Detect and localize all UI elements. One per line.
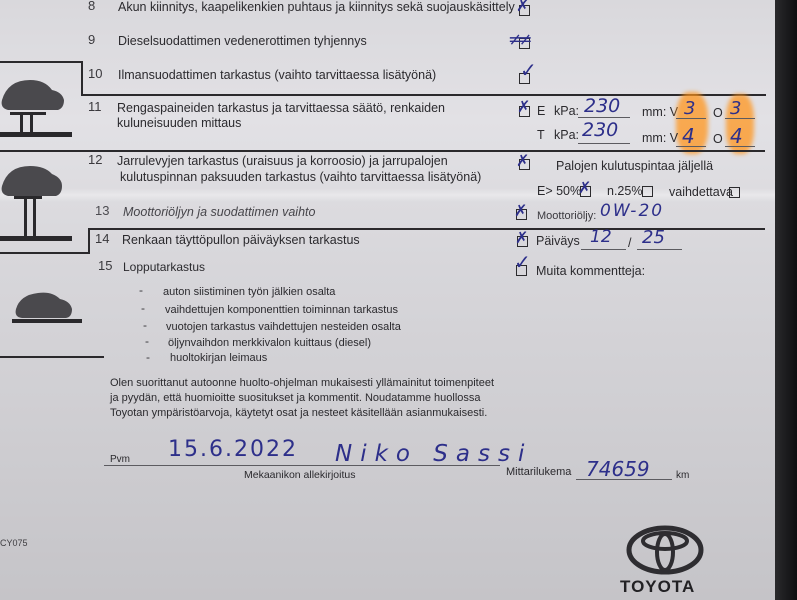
section-border — [0, 252, 90, 254]
date-check-month[interactable]: 12 — [590, 227, 612, 247]
tyre-front-axle: E — [537, 104, 545, 118]
section-border — [0, 61, 82, 63]
toyota-wordmark: TOYOTA — [620, 577, 695, 597]
item-12-check-mark: ✗ — [516, 151, 529, 170]
service-form-paper: 8 Akun kiinnitys, kaapelikenkien puhtaus… — [0, 0, 775, 600]
item-8-label: Akun kiinnitys, kaapelikenkien puhtaus j… — [118, 0, 515, 14]
tyre-rear-left-mm[interactable]: 4 — [682, 124, 695, 148]
brakes-option-2-checkbox[interactable] — [642, 186, 653, 197]
tyre-front-kpa-label: kPa: — [554, 104, 579, 118]
oil-value[interactable]: 0W-20 — [600, 201, 664, 221]
tyre-rear-right-label: O — [713, 132, 723, 146]
item-12-number: 12 — [88, 152, 102, 167]
background-edge — [775, 0, 797, 600]
final-check-item: huoltokirjan leimaus — [170, 352, 267, 364]
final-check-item: vuotojen tarkastus vaihdettujen nesteide… — [166, 321, 401, 333]
item-10-label: Ilmansuodattimen tarkastus (vaihto tarvi… — [118, 68, 436, 82]
odometer-label: Mittarilukema — [506, 466, 571, 478]
item-11-number: 11 — [88, 99, 102, 114]
list-bullet: - — [146, 350, 150, 364]
brakes-option-1-label: E> 50% — [537, 184, 581, 198]
tyre-front-right-label: O — [713, 106, 723, 120]
item-8-number: 8 — [88, 0, 95, 13]
item-10-check-mark: ✓ — [520, 58, 537, 82]
item-9-crossout-mark: ≠≠ — [508, 30, 529, 50]
car-icon — [10, 285, 90, 330]
list-bullet: - — [139, 283, 143, 297]
car-on-lift-icon — [0, 160, 75, 245]
list-bullet: - — [143, 318, 147, 332]
section-border — [81, 61, 83, 95]
item-10-number: 10 — [88, 66, 102, 81]
item-11-label-line2: kuluneisuuden mittaus — [117, 116, 241, 130]
oil-label: Moottoriöljy: — [537, 210, 596, 222]
item-11-check-mark: ✗ — [517, 97, 530, 116]
brakes-option-3-label: vaihdettava — [669, 185, 733, 199]
date-check-month-line — [581, 249, 626, 250]
tyre-rear-mm-label: mm: V — [642, 131, 678, 145]
final-check-item: auton siistiminen työn jälkien osalta — [163, 286, 335, 298]
signature-label: Mekaanikon allekirjoitus — [244, 469, 355, 481]
item-15-label: Lopputarkastus — [123, 260, 205, 274]
item-14-number: 14 — [95, 231, 109, 246]
car-on-lift-icon — [0, 72, 75, 142]
odometer-unit: km — [676, 470, 689, 481]
statement-line-1: Olen suorittanut autoonne huolto-ohjelma… — [110, 377, 494, 389]
list-bullet: - — [145, 334, 149, 348]
toyota-logo-icon — [625, 525, 705, 575]
brakes-option-1-check-mark: ✗ — [578, 178, 591, 197]
section-border — [0, 356, 104, 358]
statement-line-2: ja pyydän, että huomioitte suositukset j… — [110, 392, 481, 404]
brakes-title: Palojen kulutuspintaa jäljellä — [556, 159, 713, 173]
final-check-item: öljynvaihdon merkkivalon kuittaus (diese… — [168, 337, 371, 349]
tyre-front-right-mm[interactable]: 3 — [730, 98, 741, 119]
list-bullet: - — [141, 301, 145, 315]
section-border — [0, 150, 765, 152]
item-12-label-line2: kulutuspinnan paksuuden tarkastus (vaiht… — [120, 170, 481, 184]
tyre-rear-right-mm[interactable]: 4 — [730, 124, 743, 148]
item-13-number: 13 — [95, 203, 109, 218]
tyre-front-kpa-value[interactable]: 230 — [584, 95, 620, 117]
tyre-rear-kpa-label: kPa: — [554, 128, 579, 142]
comments-check-mark: ✓ — [514, 250, 531, 274]
date-check-separator: / — [628, 236, 631, 250]
tyre-rear-kpa-value[interactable]: 230 — [582, 119, 618, 141]
item-11-label-line1: Rengaspaineiden tarkastus ja tarvittaess… — [117, 101, 445, 115]
service-date[interactable]: 15.6.2022 — [168, 437, 298, 462]
item-8-check-mark: ✗ — [516, 0, 529, 15]
brakes-option-3-checkbox[interactable] — [729, 187, 740, 198]
section-border — [81, 94, 766, 96]
date-check-label: Päiväys — [536, 234, 580, 248]
tyre-front-kpa-line — [578, 117, 630, 118]
mechanic-signature[interactable]: Niko Sassi — [335, 441, 532, 467]
odometer-value[interactable]: 74659 — [586, 457, 650, 481]
item-9-label: Dieselsuodattimen vedenerottimen tyhjenn… — [118, 34, 367, 48]
item-13-label: Moottoriöljyn ja suodattimen vaihto — [123, 205, 315, 219]
brakes-option-2-label: n.25% — [607, 184, 642, 198]
tyre-rear-axle: T — [537, 128, 545, 142]
date-label: Pvm — [110, 454, 130, 465]
date-check-year[interactable]: 25 — [642, 227, 665, 248]
item-9-number: 9 — [88, 32, 95, 47]
final-check-item: vaihdettujen komponenttien toiminnan tar… — [165, 304, 398, 316]
statement-line-3: Toyotan ympäristöarvoja, käytetyt osat j… — [110, 407, 487, 419]
date-check-year-line — [637, 249, 682, 250]
comments-label: Muita kommentteja: — [536, 264, 645, 278]
paper-fold — [0, 188, 775, 202]
item-12-label-line1: Jarrulevyjen tarkastus (uraisuus ja korr… — [117, 154, 448, 168]
item-15-number: 15 — [98, 258, 112, 273]
section-border — [88, 228, 90, 253]
tyre-front-left-mm[interactable]: 3 — [684, 98, 695, 119]
form-code: CY075 — [0, 538, 28, 548]
item-14-label: Renkaan täyttöpullon päiväyksen tarkastu… — [122, 233, 360, 247]
item-14-check-mark: ✗ — [515, 228, 528, 247]
item-13-check-mark: ✗ — [514, 201, 527, 220]
tyre-front-mm-label: mm: V — [642, 105, 678, 119]
tyre-rear-kpa-line — [578, 143, 630, 144]
